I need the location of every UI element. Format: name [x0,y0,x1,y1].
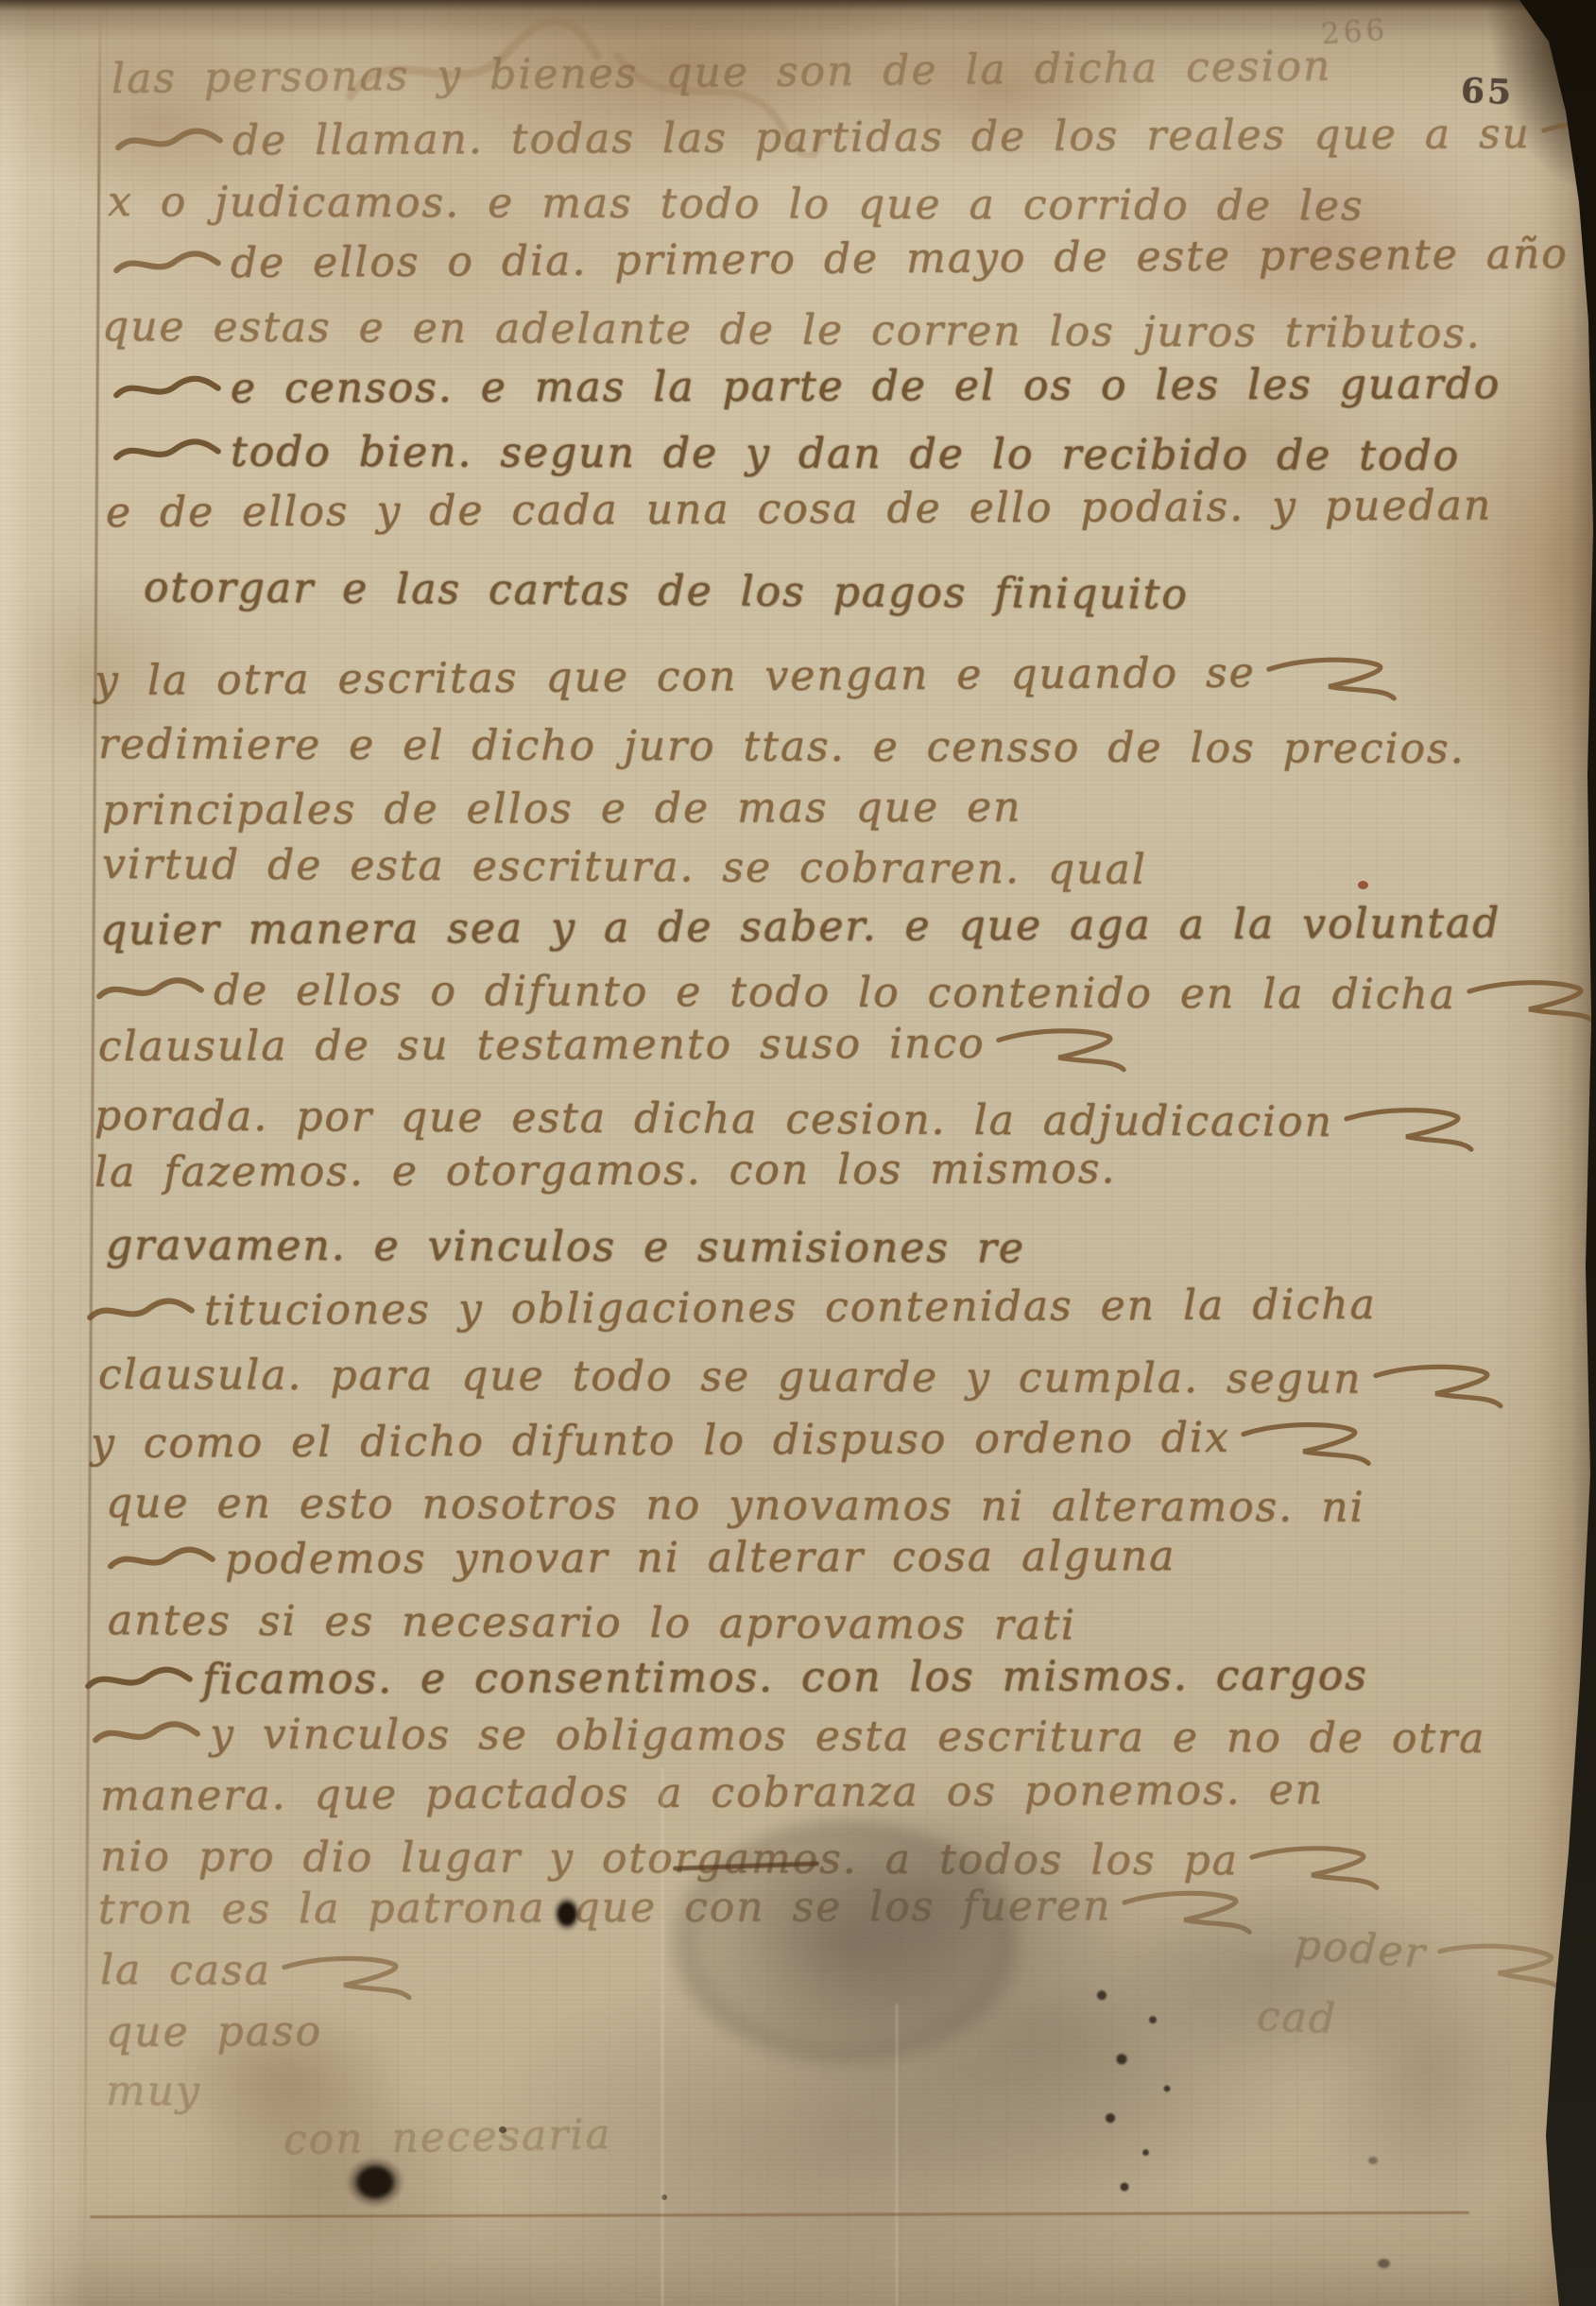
manuscript-line-text: muy [106,2071,201,2112]
manuscript-line-text: y la otra escritas que con vengan e quan… [94,652,1256,702]
manuscript-line-text: la casa [100,1950,271,1992]
manuscript-line-text: que en esto nosotros no ynovamos ni alte… [106,1483,1365,1529]
manuscript-line: e de ellos y de cada una cosa de ello po… [106,485,1492,534]
manuscript-line-text: que paso [106,2011,322,2054]
manuscript-line: y la otra escritas que con vengan e quan… [94,651,1398,702]
manuscript-line: las personas y bienes que son de la dich… [112,45,1332,100]
manuscript-line: otorgar e las cartas de los pagos finiqu… [144,567,1189,616]
manuscript-line-text: manera. que pactados a cobranza os ponem… [100,1769,1324,1817]
manuscript-line: manera. que pactados a cobranza os ponem… [100,1769,1324,1817]
manuscript-line: de ellos o difunto e todo lo contenido e… [94,970,1596,1017]
ink-speck [1378,2259,1390,2268]
manuscript-line: porada. por que esta dicha cesion. la ad… [94,1095,1475,1144]
red-speck [1358,881,1368,889]
folio-number: 65 [1460,71,1515,112]
manuscript-line-text: nio pro dio lugar y otorgamos. a todos l… [100,1836,1239,1882]
manuscript-line-text: cad [1256,1996,1338,2040]
manuscript-line-text: podemos ynovar ni alterar cosa alguna [225,1536,1176,1581]
manuscript-line-text: gravamen. e vinculos e sumisiones re [106,1225,1025,1269]
manuscript-line: antes si es necesario lo aprovamos rati [108,1600,1076,1646]
pen-flourish-icon [106,1546,217,1575]
pen-flourish-icon [94,976,206,1005]
manuscript-line: cad [1256,1996,1338,2040]
manuscript-line-text: clausula. para que todo se guarde y cump… [98,1354,1363,1401]
manuscript-line: x o judicamos. e mas todo lo que a corri… [108,181,1364,228]
manuscript-line: de ellos o dia. primero de mayo de este … [112,233,1596,285]
pen-flourish-icon [1248,1843,1381,1894]
manuscript-line-text: redimiere e el dicho juro ttas. e censso… [98,724,1466,770]
pen-flourish-icon [995,1025,1127,1076]
manuscript-line: virtud de esta escritura. se cobraren. q… [102,844,1147,891]
manuscript-line-text: quier manera sea y a de saber. e que aga… [100,903,1502,952]
manuscript-line-text: de ellos o dia. primero de mayo de este … [231,233,1596,284]
pen-flourish-icon [112,250,223,279]
pen-flourish-icon [1371,1362,1503,1413]
manuscript-line: clausula. para que todo se guarde y cump… [98,1354,1504,1401]
manuscript-line-text: tron es la patrona que con se los fueren [98,1885,1112,1931]
manuscript-line-text: con necesaria [283,2114,612,2161]
pen-flourish-icon [1343,1105,1475,1157]
manuscript-line-text: porada. por que esta dicha cesion. la ad… [94,1095,1333,1144]
manuscript-line: que estas e en adelante de le corren los… [102,306,1482,355]
manuscript-line-text: ficamos. e consentimos. con los mismos. … [202,1655,1368,1700]
pen-flourish-icon [1466,977,1596,1028]
ink-blot [553,1896,581,1932]
manuscript-line: redimiere e el dicho juro ttas. e censso… [98,724,1466,770]
manuscript-line: que paso [106,2011,322,2054]
manuscript-photo: las personas y bienes que son de la dich… [0,0,1596,2306]
manuscript-line-text: y vinculos se obligamos esta escritura e… [210,1713,1486,1760]
manuscript-line: muy [106,2071,201,2112]
pen-flourish-icon [91,1720,202,1748]
manuscript-line-text: la fazemos. e otorgamos. con los mismos. [94,1148,1117,1194]
manuscript-line: ficamos. e consentimos. con los mismos. … [83,1655,1368,1701]
pen-flourish-icon [1121,1888,1253,1939]
manuscript-line-text: virtud de esta escritura. se cobraren. q… [102,844,1147,891]
manuscript-line: e censos. e mas la parte de el os o les … [112,364,1501,410]
manuscript-line-text: que estas e en adelante de le corren los… [102,306,1482,355]
pen-flourish-icon [112,375,223,404]
manuscript-line: la fazemos. e otorgamos. con los mismos. [94,1148,1117,1194]
manuscript-line-text: x o judicamos. e mas todo lo que a corri… [108,181,1364,228]
manuscript-line: de llaman. todas las partidas de los rea… [113,112,1596,163]
manuscript-line-text: clausula de su testamento suso inco [98,1024,986,1068]
manuscript-line-text: otorgar e las cartas de los pagos finiqu… [144,567,1189,616]
manuscript-line: la casa [100,1950,413,1992]
parchment-page: las personas y bienes que son de la dich… [0,0,1596,2306]
manuscript-line-text: antes si es necesario lo aprovamos rati [108,1600,1076,1646]
manuscript-line-text: de ellos o difunto e todo lo contenido e… [214,970,1456,1016]
manuscript-line-text: las personas y bienes que son de la dich… [112,45,1332,100]
pen-flourish-icon [281,1953,413,2005]
manuscript-line-text: e de ellos y de cada una cosa de ello po… [106,485,1492,534]
manuscript-line-text: todo bien. segun de y dan de lo recibido… [231,431,1460,477]
pen-flourish-icon [1433,1937,1569,1998]
manuscript-line: principales de ellos e de mas que en [102,787,1022,832]
manuscript-line-text: tituciones y obligaciones contenidas en … [204,1284,1377,1332]
manuscript-line: con necesaria [283,2114,612,2161]
pen-flourish-icon [112,438,223,466]
folio-number-old: 266 [1320,13,1390,52]
manuscript-line: clausula de su testamento suso inco [98,1023,1127,1068]
manuscript-line: que en esto nosotros no ynovamos ni alte… [106,1483,1365,1529]
handwritten-text: las personas y bienes que son de la dich… [0,0,1596,2306]
manuscript-line: poder [1293,1924,1569,1985]
ink-speck [661,2194,667,2200]
manuscript-line: gravamen. e vinculos e sumisiones re [106,1225,1025,1269]
pen-flourish-icon [1265,654,1398,706]
manuscript-line-text: poder [1293,1924,1428,1975]
manuscript-line: nio pro dio lugar y otorgamos. a todos l… [100,1836,1381,1883]
pen-flourish-icon [113,127,225,156]
manuscript-line-text: principales de ellos e de mas que en [102,787,1022,832]
manuscript-line: tron es la patrona que con se los fueren [98,1885,1254,1931]
manuscript-line: quier manera sea y a de saber. e que aga… [100,903,1502,952]
ink-speck [1368,2157,1378,2164]
pen-flourish-icon [1240,1420,1372,1471]
ink-speck [499,2126,506,2133]
pen-flourish-icon [83,1666,195,1695]
manuscript-line-text: y como el dicho difunto lo dispuso orden… [91,1418,1230,1465]
manuscript-line: todo bien. segun de y dan de lo recibido… [112,431,1460,477]
pen-flourish-icon [85,1297,197,1326]
manuscript-line: y como el dicho difunto lo dispuso orden… [91,1417,1372,1465]
manuscript-line: y vinculos se obligamos esta escritura e… [91,1713,1486,1760]
manuscript-line: podemos ynovar ni alterar cosa alguna [106,1536,1176,1581]
manuscript-line: tituciones y obligaciones contenidas en … [85,1284,1377,1333]
manuscript-line-text: de llaman. todas las partidas de los rea… [232,113,1531,162]
manuscript-line-text: e censos. e mas la parte de el os o les … [231,364,1501,410]
